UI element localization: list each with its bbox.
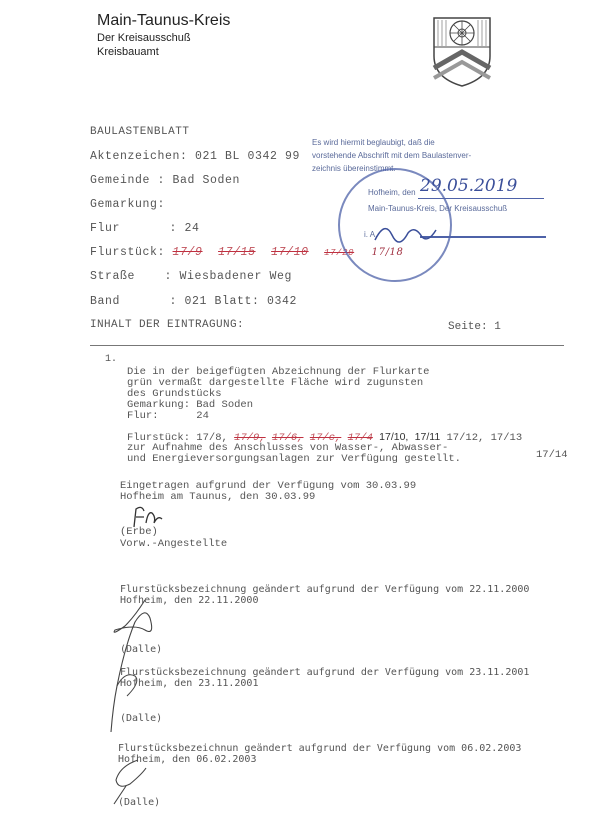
struck-parcel: 17/15 [218,246,256,259]
field-value: : 021 Blatt: 0342 [170,295,298,308]
date-underline [418,198,544,199]
signer-role: Vorw.-Angestellte [120,539,227,550]
field-label: Band [90,295,120,308]
field-label: Flurstück: [90,246,165,259]
department-name: Der Kreisausschuß [97,32,191,44]
added-parcel: 17/14 [536,450,568,461]
field-label: Straße [90,270,135,283]
content-heading: INHALT DER EINTRAGUNG: [90,319,244,331]
sheet-title: BAULASTENBLATT [90,126,189,138]
divider [90,345,564,346]
field-label: Gemarkung: [90,198,165,211]
field-value: : 24 [170,222,200,235]
field-flur: Flur : 24 [90,222,200,235]
amendment-signer: (Dalle) [120,644,162,655]
stamp-authority: Main-Taunus-Kreis, Der Kreisausschuß [368,204,507,213]
amendment-signer: (Dalle) [120,713,162,724]
amendment-text: Flurstücksbezeichnun geändert aufgrund d… [118,743,521,754]
amendment-text: Flurstücksbezeichnung geändert aufgrund … [120,584,529,595]
coat-of-arms-icon [432,16,492,88]
certifier-signature [370,215,440,250]
entry-number: 1. [105,354,117,365]
field-label: Flur [90,222,120,235]
page-number: Seite: 1 [448,321,501,333]
field-value: : Bad Soden [158,174,241,187]
field-value: 021 BL 0342 99 [195,150,300,163]
field-label: Aktenzeichen: [90,150,188,163]
added-parcel: 17/12, [446,432,484,444]
field-label: Gemeinde [90,174,150,187]
stamp-place-label: Hofheim, den [368,188,416,197]
field-value: : Wiesbadener Weg [165,270,293,283]
field-band: Band : 021 Blatt: 0342 [90,295,297,308]
amendment-signer: (Dalle) [118,797,160,808]
struck-parcel: 17/10 [271,246,309,259]
stamp-line-1: Es wird hiermit beglaubigt, daß die [312,138,435,147]
authority-name: Main-Taunus-Kreis [97,12,230,30]
field-gemarkung: Gemarkung: [90,198,165,211]
amendment-place-date: Hofheim, den 23.11.2001 [120,678,258,689]
field-gemeinde: Gemeinde : Bad Soden [90,174,240,187]
field-aktenzeichen: Aktenzeichen: 021 BL 0342 99 [90,150,300,163]
added-parcel: 17/13 [491,432,523,444]
struck-parcel: 17/9 [173,246,203,259]
signer-name: (Erbe) [120,527,158,538]
stamp-line-2: vorstehende Abschrift mit dem Baulastenv… [312,151,471,160]
stamp-date: 29.05.2019 [420,176,517,196]
entry-text-line: Flur: 24 [127,411,209,422]
entry-purpose-line: und Energieversorgungsanlagen zur Verfüg… [127,454,461,465]
field-strasse: Straße : Wiesbadener Weg [90,270,292,283]
place-date-line: Hofheim am Taunus, den 30.03.99 [120,492,315,503]
amendment-text: Flurstücksbezeichnung geändert aufgrund … [120,667,529,678]
office-name: Kreisbauamt [97,46,159,58]
